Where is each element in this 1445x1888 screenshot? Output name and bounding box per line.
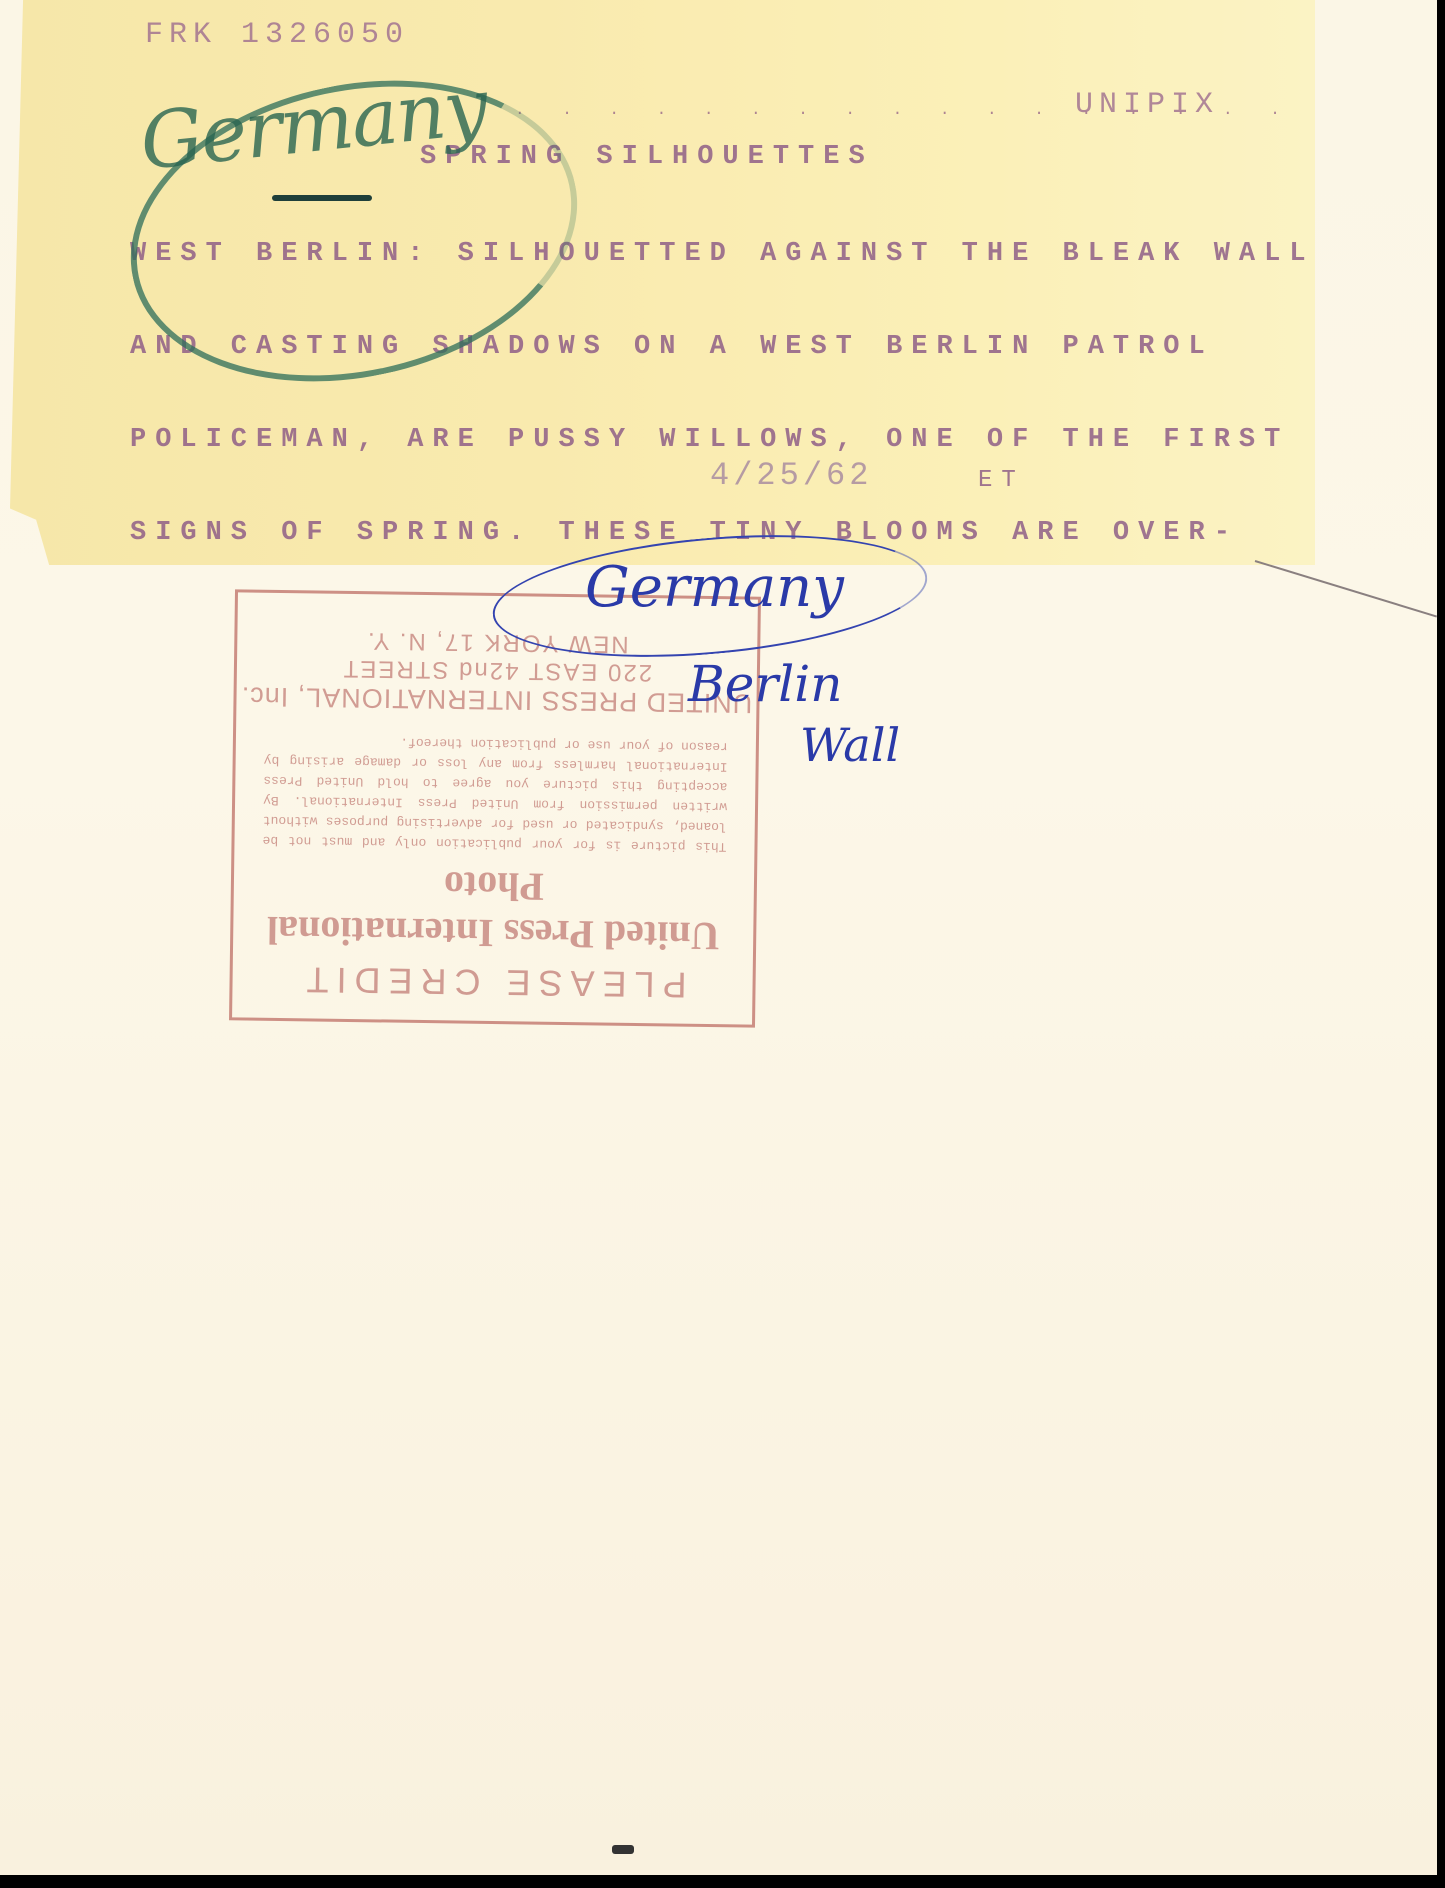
- stamp-brand: United Press International Photo: [233, 859, 754, 960]
- caption-line: POLICEMAN, ARE PUSSY WILLOWS, ONE OF THE…: [130, 425, 1315, 456]
- agency-code: UNIPIX: [1075, 90, 1219, 121]
- stamp-heading: PLEASE CREDIT: [232, 957, 753, 1006]
- stamp-fine-print: This picture is for your publication onl…: [234, 719, 756, 866]
- crayon-underline-mark: [272, 195, 372, 201]
- ink-handwriting-line: Berlin: [688, 655, 842, 713]
- dot-leader: · · · · · · · · · · · · · · · · · · · · …: [515, 104, 1445, 122]
- caption-date: 4/25/62: [710, 460, 872, 491]
- caption-slip: FRK 1326050 · · · · · · · · · · · · · · …: [10, 0, 1315, 565]
- pencil-mark: [1255, 560, 1437, 617]
- ink-handwriting-line: Germany: [585, 555, 844, 620]
- ink-handwriting-line: Wall: [800, 718, 900, 772]
- stamp-company: UNITED PRESS INTERNATIONAL, Inc.: [236, 680, 756, 718]
- caption-initials: ET: [978, 465, 1025, 496]
- paper-blemish: [612, 1845, 634, 1854]
- photo-verso: FRK 1326050 · · · · · · · · · · · · · · …: [0, 0, 1437, 1875]
- photo-id: FRK 1326050: [145, 20, 409, 51]
